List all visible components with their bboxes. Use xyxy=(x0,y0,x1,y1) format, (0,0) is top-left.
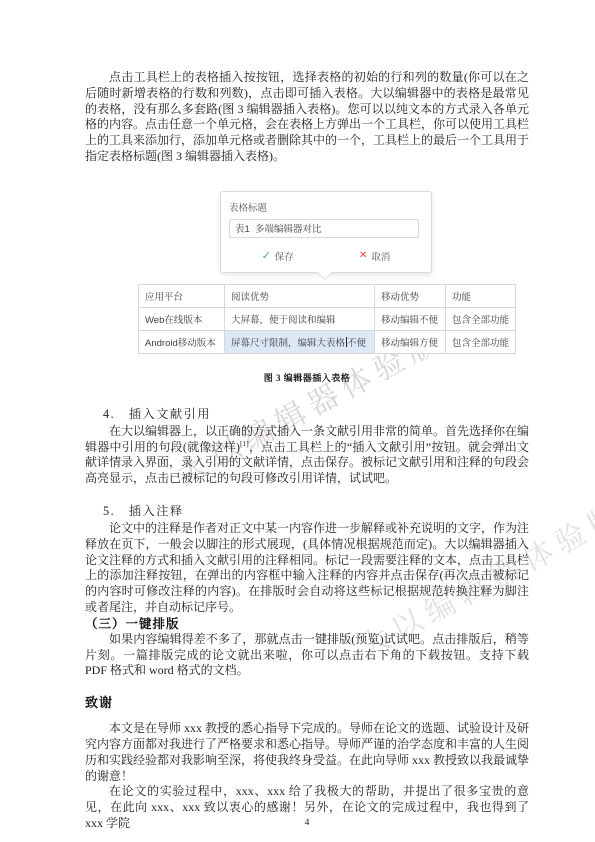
cell-text-before-cursor: 屏幕尺寸限制，编辑大表格 xyxy=(231,338,345,349)
section-5-heading: 5. 插入注释 xyxy=(85,503,529,519)
table-caption-label: 表格标题 xyxy=(229,200,423,214)
section-layout-heading: （三）一键排版 xyxy=(85,616,529,632)
table-cell[interactable]: Web在线版本 xyxy=(139,307,225,330)
dialog-pointer-caret xyxy=(318,272,332,279)
table-cell[interactable]: 大屏幕，便于阅读和编辑 xyxy=(225,307,375,330)
table-row: Android移动版本 屏幕尺寸限制，编辑大表格不便 移动编辑方便 包含全部功能 xyxy=(139,330,516,353)
table-caption-dialog: 表格标题 ✓ 保存 ✕ 取消 xyxy=(220,191,432,273)
close-icon: ✕ xyxy=(359,250,367,261)
dialog-buttons-row: ✓ 保存 ✕ 取消 xyxy=(229,249,423,263)
table-header-cell[interactable]: 移动优势 xyxy=(375,284,446,307)
acknowledgements-paragraph-1: 本文是在导师 xxx 教授的悉心指导下完成的。导师在论文的选题、试验设计及研究内… xyxy=(85,721,529,784)
editor-table: 应用平台 阅读优势 移动优势 功能 Web在线版本 大屏幕，便于阅读和编辑 移动… xyxy=(138,284,516,354)
save-button-label: 保存 xyxy=(275,249,294,263)
cell-text-after-cursor: 不便 xyxy=(347,338,366,349)
cancel-button-label: 取消 xyxy=(371,249,390,263)
cancel-button[interactable]: ✕ 取消 xyxy=(359,249,390,263)
table-cell[interactable]: 移动编辑不便 xyxy=(375,307,446,330)
table-header-cell[interactable]: 阅读优势 xyxy=(225,284,375,307)
document-page: 大以编辑器体验版 大以编辑器体验版 点击工具栏上的表格插入按按钮，选择表格的初始… xyxy=(0,0,595,842)
table-cell-selected[interactable]: 屏幕尺寸限制，编辑大表格不便 xyxy=(225,330,375,353)
table-header-cell[interactable]: 功能 xyxy=(446,284,516,307)
figure-caption: 图 3 编辑器插入表格 xyxy=(85,371,529,384)
page-content: 点击工具栏上的表格插入按按钮，选择表格的初始的行和列的数量(你可以在之后随时新增… xyxy=(85,70,529,832)
section-4-heading: 4. 插入文献引用 xyxy=(85,406,529,422)
section-4-paragraph: 在大以编辑器上，以正确的方式插入一条文献引用非常的简单。首先选择你在编辑器中引用… xyxy=(85,424,529,487)
table-caption-input[interactable] xyxy=(229,219,419,238)
save-button[interactable]: ✓ 保存 xyxy=(262,249,294,263)
table-cell[interactable]: 移动编辑方便 xyxy=(375,330,446,353)
table-row: Web在线版本 大屏幕，便于阅读和编辑 移动编辑不便 包含全部功能 xyxy=(139,307,516,330)
editor-screenshot-figure: 表格标题 ✓ 保存 ✕ 取消 应用平台 xyxy=(85,191,529,384)
table-cell[interactable]: 包含全部功能 xyxy=(446,307,516,330)
check-icon: ✓ xyxy=(262,249,271,262)
acknowledgements-heading: 致谢 xyxy=(85,694,529,711)
table-header-row: 应用平台 阅读优势 移动优势 功能 xyxy=(139,284,516,307)
section-layout-paragraph: 如果内容编辑得差不多了，那就点击一键排版(预览)试试吧。点击排版后，稍等片刻。一… xyxy=(85,632,529,679)
intro-paragraph: 点击工具栏上的表格插入按按钮，选择表格的初始的行和列的数量(你可以在之后随时新增… xyxy=(85,70,529,165)
table-header-cell[interactable]: 应用平台 xyxy=(139,284,225,307)
citation-ref-mark: [1] xyxy=(240,439,249,448)
section-5-paragraph: 论文中的注释是作者对正文中某一内容作进一步解释或补充说明的文字，作为注释放在页下… xyxy=(85,521,529,616)
table-cell[interactable]: 包含全部功能 xyxy=(446,330,516,353)
table-cell[interactable]: Android移动版本 xyxy=(139,330,225,353)
page-number: 4 xyxy=(85,818,529,828)
